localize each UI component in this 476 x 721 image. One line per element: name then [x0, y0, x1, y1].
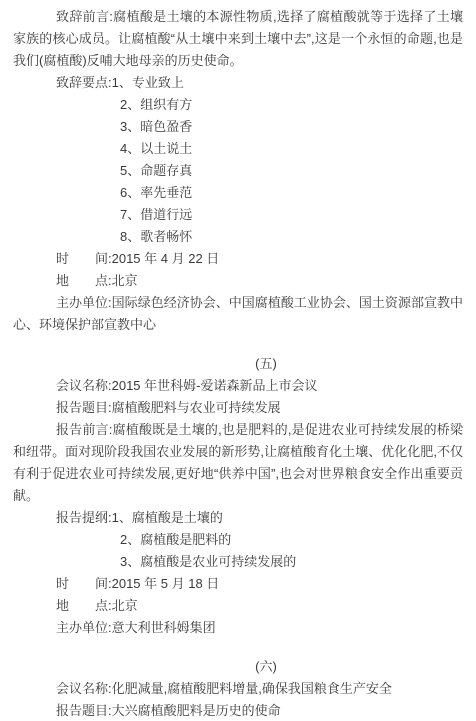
report-preface-paragraph: 报告前言:腐植酸既是土壤的,也是肥料的,是促进农业可持续发展的桥梁和纽带。面对现…	[13, 419, 463, 507]
document-page: 致辞前言:腐植酸是土壤的本源性物质,选择了腐植酸就等于选择了土壤家族的核心成员。…	[0, 0, 476, 721]
section-five-heading: (五)	[13, 353, 463, 375]
organizer-line: 主办单位:意大利世科姆集团	[13, 617, 463, 639]
place-line: 地 点:北京	[13, 270, 463, 292]
report-outline-line: 报告提纲:1、腐植酸是土壤的	[13, 507, 463, 529]
time-line: 时 间:2015 年 5 月 18 日	[13, 573, 463, 595]
report-outline-label: 报告提纲:	[56, 510, 112, 525]
speech-point-item: 4、以土说土	[13, 138, 463, 160]
report-outline-item: 2、腐植酸是肥料的	[13, 529, 463, 551]
section-six-heading: (六)	[13, 656, 463, 678]
speech-points-line: 致辞要点:1、专业致上	[13, 72, 463, 94]
place-line: 地 点:北京	[13, 595, 463, 617]
time-line: 时 间:2015 年 4 月 22 日	[13, 248, 463, 270]
speech-point-item: 5、命题存真	[13, 160, 463, 182]
speech-point-item: 2、组织有方	[13, 94, 463, 116]
speech-preface-paragraph: 致辞前言:腐植酸是土壤的本源性物质,选择了腐植酸就等于选择了土壤家族的核心成员。…	[13, 6, 463, 72]
report-outline-item: 1、腐植酸是土壤的	[112, 510, 223, 525]
report-title-line: 报告题目:大兴腐植酸肥料是历史的使命	[13, 700, 463, 721]
speech-point-item: 1、专业致上	[112, 75, 184, 90]
speech-point-item: 3、暗色盈香	[13, 116, 463, 138]
organizer-line: 主办单位:国际绿色经济协会、中国腐植酸工业协会、国土资源部宣教中心、环境保护部宣…	[13, 292, 463, 336]
speech-points-label: 致辞要点:	[56, 75, 112, 90]
meeting-name-line: 会议名称:2015 年世科姆-爱诺森新品上市会议	[13, 375, 463, 397]
speech-point-item: 6、率先垂范	[13, 182, 463, 204]
report-outline-item: 3、腐植酸是农业可持续发展的	[13, 551, 463, 573]
speech-point-item: 8、歌者畅怀	[13, 226, 463, 248]
speech-point-item: 7、借道行远	[13, 204, 463, 226]
report-title-line: 报告题目:腐植酸肥料与农业可持续发展	[13, 397, 463, 419]
meeting-name-line: 会议名称:化肥减量,腐植酸肥料增量,确保我国粮食生产安全	[13, 678, 463, 700]
